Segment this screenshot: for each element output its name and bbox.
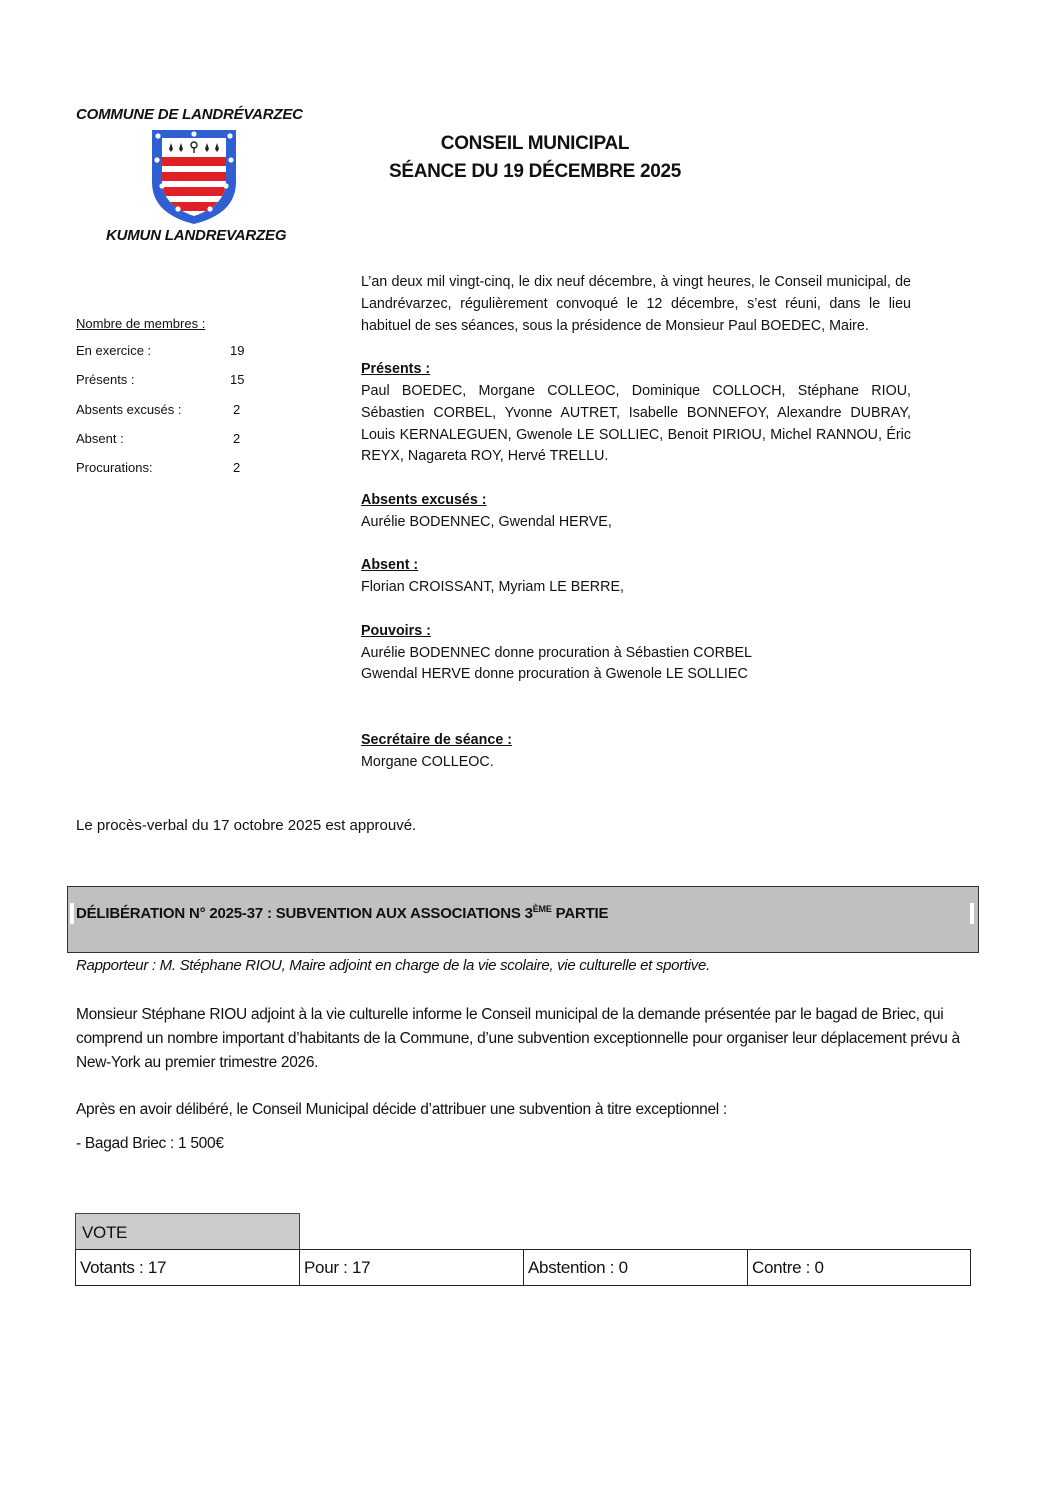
grant-item: - Bagad Briec : 1 500€ (76, 1133, 224, 1155)
members-value: 2 (233, 453, 240, 482)
deliberation-title: DÉLIBÉRATION N° 2025-37 : SUBVENTION AUX… (76, 904, 608, 922)
vote-table-row: Votants : 17 Pour : 17 Abstention : 0 Co… (75, 1249, 971, 1286)
vote-cell-contre: Contre : 0 (748, 1250, 970, 1285)
pouvoirs-title: Pouvoirs : (361, 621, 911, 643)
presents-section: Présents : Paul BOEDEC, Morgane COLLEOC,… (361, 359, 911, 468)
vote-table-header: VOTE (75, 1213, 300, 1250)
box-marker-left (70, 903, 74, 924)
pouvoir-line: Aurélie BODENNEC donne procuration à Séb… (361, 643, 911, 665)
deliberation-decision: Après en avoir délibéré, le Conseil Muni… (76, 1099, 976, 1121)
members-label: Absents excusés : (76, 402, 182, 417)
absent-list: Florian CROISSANT, Myriam LE BERRE, (361, 577, 911, 599)
members-row: Présents : 15 (76, 365, 276, 394)
members-label: Absent : (76, 431, 124, 446)
vote-cell-pour: Pour : 17 (300, 1250, 524, 1285)
page-title: CONSEIL MUNICIPAL SÉANCE DU 19 DÉCEMBRE … (340, 130, 730, 186)
pouvoir-line: Gwendal HERVE donne procuration à Gwenol… (361, 664, 911, 686)
members-value: 15 (230, 365, 244, 394)
absents-excuses-list: Aurélie BODENNEC, Gwendal HERVE, (361, 512, 911, 534)
vote-cell-abstention: Abstention : 0 (524, 1250, 748, 1285)
absents-excuses-section: Absents excusés : Aurélie BODENNEC, Gwen… (361, 490, 911, 534)
members-label: En exercice : (76, 343, 151, 358)
absent-section: Absent : Florian CROISSANT, Myriam LE BE… (361, 555, 911, 599)
secretaire-name: Morgane COLLEOC. (361, 752, 911, 774)
members-value: 2 (233, 424, 240, 453)
pv-approval-statement: Le procès-verbal du 17 octobre 2025 est … (76, 817, 416, 834)
members-label: Procurations: (76, 460, 153, 475)
pouvoirs-section: Pouvoirs : Aurélie BODENNEC donne procur… (361, 621, 911, 686)
members-summary: Nombre de membres : En exercice : 19 Pré… (76, 316, 276, 482)
secretaire-title: Secrétaire de séance : (361, 730, 911, 752)
members-label: Présents : (76, 372, 135, 387)
deliberation-title-end: PARTIE (552, 905, 609, 922)
breton-commune-name: KUMUN LANDREVARZEG (106, 227, 286, 244)
members-heading: Nombre de membres : (76, 316, 276, 336)
members-value: 19 (230, 336, 244, 365)
absent-title: Absent : (361, 555, 911, 577)
deliberation-title-sup: ÈME (533, 904, 552, 914)
coat-of-arms-icon (150, 130, 238, 224)
box-marker-right (970, 903, 974, 924)
title-line-1: CONSEIL MUNICIPAL (340, 130, 730, 158)
members-row: Absents excusés : 2 (76, 395, 276, 424)
commune-name: COMMUNE DE LANDRÉVARZEC (76, 106, 303, 123)
rapporteur-line: Rapporteur : M. Stéphane RIOU, Maire adj… (76, 955, 976, 977)
secretaire-section: Secrétaire de séance : Morgane COLLEOC. (361, 730, 911, 774)
presents-title: Présents : (361, 359, 911, 381)
vote-cell-votants: Votants : 17 (76, 1250, 300, 1285)
members-row: Procurations: 2 (76, 453, 276, 482)
presents-list: Paul BOEDEC, Morgane COLLEOC, Dominique … (361, 381, 911, 468)
deliberation-body: Monsieur Stéphane RIOU adjoint à la vie … (76, 1003, 976, 1075)
intro-paragraph: L’an deux mil vingt-cinq, le dix neuf dé… (361, 272, 911, 337)
attendance-column: L’an deux mil vingt-cinq, le dix neuf dé… (361, 272, 911, 773)
title-line-2: SÉANCE DU 19 DÉCEMBRE 2025 (340, 158, 730, 186)
deliberation-title-main: DÉLIBÉRATION N° 2025-37 : SUBVENTION AUX… (76, 905, 533, 922)
members-value: 2 (233, 395, 240, 424)
members-row: Absent : 2 (76, 424, 276, 453)
absents-excuses-title: Absents excusés : (361, 490, 911, 512)
members-row: En exercice : 19 (76, 336, 276, 365)
